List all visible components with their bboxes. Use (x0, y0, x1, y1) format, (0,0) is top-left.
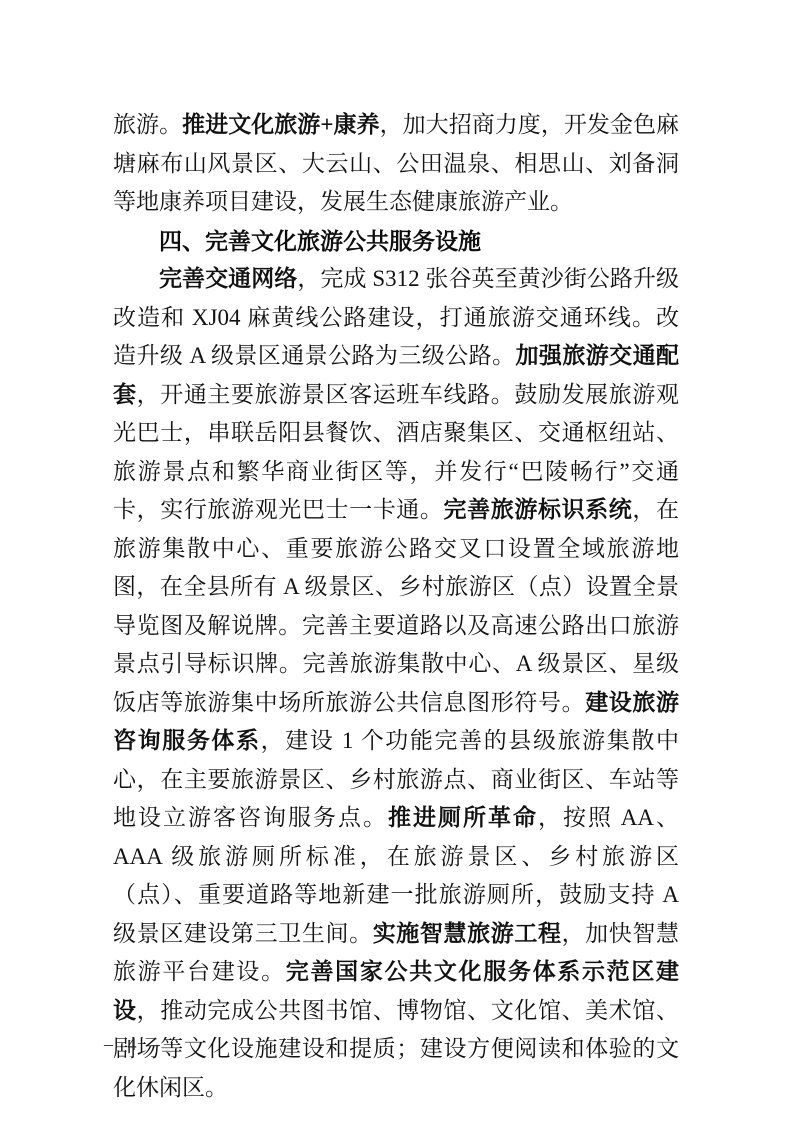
paragraph-main: 完善交通网络，完成 S312 张谷英至黄沙街公路升级改造和 XJ04 麻黄线公路… (113, 260, 679, 1107)
bold-phrase: 完善交通网络 (159, 266, 297, 291)
bold-phrase: 推进文化旅游+康养 (182, 112, 379, 137)
document-body: 旅游。推进文化旅游+康养，加大招商力度，开发金色麻塘麻布山风景区、大云山、公田温… (113, 106, 679, 1107)
section-heading: 四、完善文化旅游公共服务设施 (113, 222, 679, 261)
body-text: ，在旅游集散中心、重要旅游公路交叉口设置全域旅游地图，在全县所有 A 级景区、乡… (113, 497, 679, 715)
bold-phrase: 实施智慧旅游工程 (373, 921, 562, 946)
bold-phrase: 推进厕所革命 (388, 805, 538, 830)
page-footer: – 4 – (104, 1034, 165, 1055)
body-text: ，推动完成公共图书馆、博物馆、文化馆、美术馆、剧场等文化设施建设和提质；建设方便… (113, 998, 679, 1100)
paragraph-continuation: 旅游。推进文化旅游+康养，加大招商力度，开发金色麻塘麻布山风景区、大云山、公田温… (113, 106, 679, 222)
page-number: – 4 – (104, 1034, 165, 1054)
body-text: 旅游。 (113, 112, 182, 137)
bold-phrase: 完善旅游标识系统 (444, 497, 633, 522)
document-page: 旅游。推进文化旅游+康养，加大招商力度，开发金色麻塘麻布山风景区、大云山、公田温… (0, 0, 793, 1122)
